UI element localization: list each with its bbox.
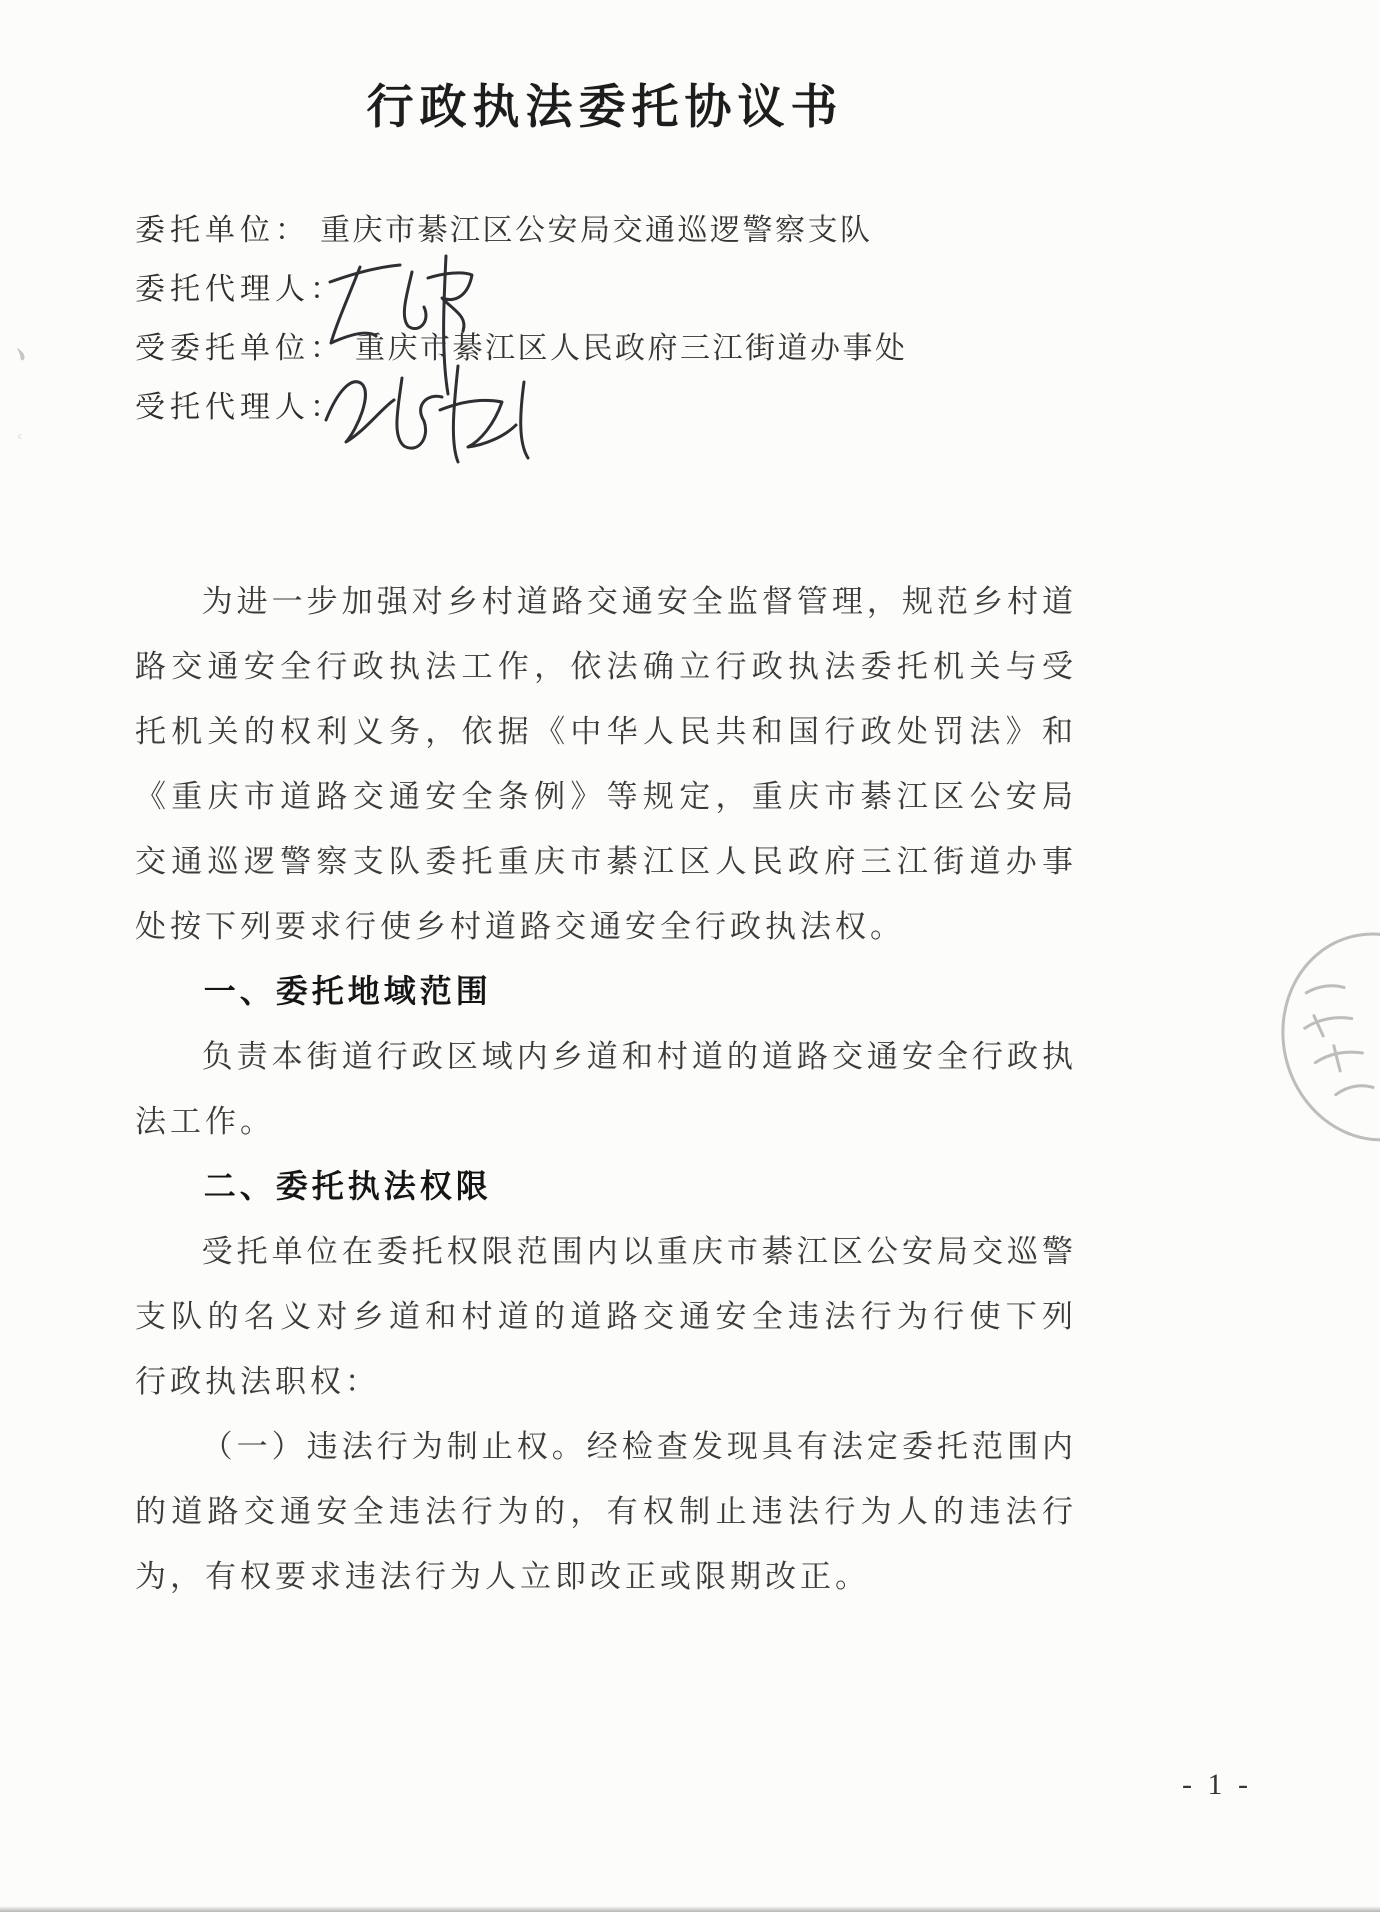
party-row: 委托单位：重庆市綦江区公安局交通巡逻警察支队 <box>135 201 1135 260</box>
partial-seal-stamp <box>1259 912 1380 1162</box>
body-paragraph: 受托单位在委托权限范围内以重庆市綦江区公安局交巡警支队的名义对乡道和村道的道路交… <box>135 1219 1077 1414</box>
page-number: - 1 - <box>1182 1768 1252 1802</box>
seal-marks <box>1284 969 1380 1122</box>
party-label: 受托代理人： <box>135 391 345 424</box>
body-paragraph: （一）违法行为制止权。经检查发现具有法定委托范围内的道路交通安全违法行为的，有权… <box>135 1414 1077 1609</box>
party-row: 委托代理人： <box>135 260 1135 319</box>
section-heading: 一、委托地域范围 <box>135 959 1077 1024</box>
party-label: 委托代理人： <box>135 273 345 306</box>
document-body: 为进一步加强对乡村道路交通安全监督管理，规范乡村道路交通安全行政执法工作，依法确… <box>135 569 1077 1609</box>
scan-artifact: ﹅ <box>10 342 31 367</box>
party-value: 重庆市綦江区公安局交通巡逻警察支队 <box>320 214 873 247</box>
scan-artifact: ᶜ <box>18 430 22 448</box>
document-title: 行政执法委托协议书 <box>135 70 1075 137</box>
body-paragraph: 负责本街道行政区域内乡道和村道的道路交通安全行政执法工作。 <box>135 1024 1077 1154</box>
party-row: 受委托单位：重庆市綦江区人民政府三江街道办事处 <box>135 319 1135 378</box>
party-label: 受委托单位： <box>135 332 345 365</box>
parties-block: 委托单位：重庆市綦江区公安局交通巡逻警察支队委托代理人：受委托单位：重庆市綦江区… <box>135 201 1135 437</box>
party-value: 重庆市綦江区人民政府三江街道办事处 <box>355 332 908 365</box>
party-row: 受托代理人： <box>135 378 1135 437</box>
body-paragraph: 为进一步加强对乡村道路交通安全监督管理，规范乡村道路交通安全行政执法工作，依法确… <box>135 569 1077 959</box>
scanned-document-page: ﹅ ᶜ 行政执法委托协议书 委托单位：重庆市綦江区公安局交通巡逻警察支队委托代理… <box>0 0 1380 1912</box>
section-heading: 二、委托执法权限 <box>135 1154 1077 1219</box>
party-label: 委托单位： <box>135 214 310 247</box>
